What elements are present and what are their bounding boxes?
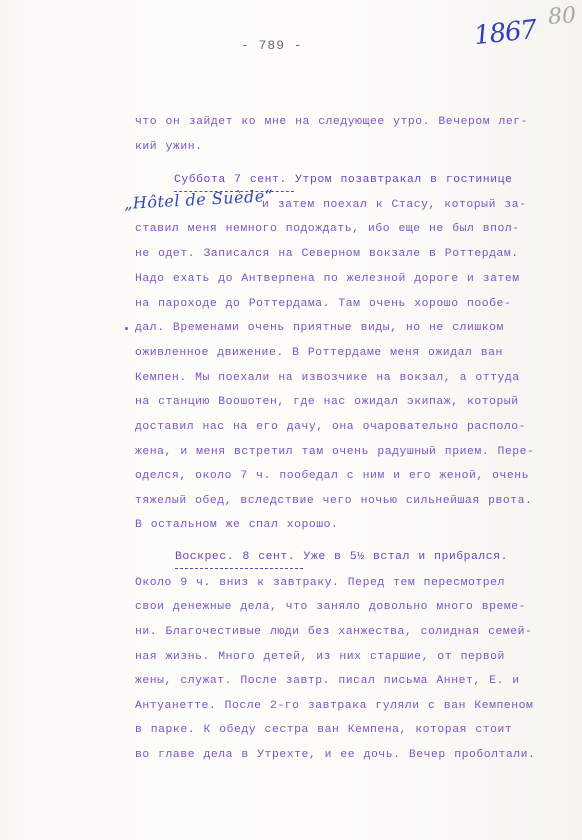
text-line: свои денежные дела, что заняло довольно … xyxy=(135,601,526,613)
entry-date-heading: Суббота 7 сент. Утром позавтракал в гост… xyxy=(174,174,512,186)
text-line: жены, служат. После завтр. писал письма … xyxy=(135,675,520,687)
text-line: ная жизнь. Много детей, из них старшие, … xyxy=(135,651,505,663)
text-line: что он зайдет ко мне на следующее утро. … xyxy=(135,116,528,128)
text-line: доставил нас на его дачу, она очаровател… xyxy=(135,421,526,433)
text-line: Надо ехать до Антверпена по железной дор… xyxy=(135,273,520,285)
text-line: в парке. К обеду сестра ван Кемпена, кот… xyxy=(135,724,512,736)
handwritten-year-annotation: 1867 xyxy=(473,15,538,51)
text-line: не одет. Записался на Северном вокзале в… xyxy=(135,248,519,260)
text-line: Кемпен. Мы поехали на извозчике на вокза… xyxy=(135,372,520,384)
text-line: Антуанетте. После 2-го завтрака гуляли с… xyxy=(135,700,533,712)
text-line: оживленное движение. В Роттердаме меня о… xyxy=(135,347,503,359)
text-line: во главе дела в Утрехте, и ее дочь. Вече… xyxy=(135,749,535,761)
text-line: В остальном же спал хорошо. xyxy=(135,519,338,531)
handwritten-folio-number: 80 xyxy=(547,3,577,30)
text-line: Около 9 ч. вниз к завтраку. Перед тем пе… xyxy=(135,577,505,589)
document-page: - 789 - 1867 80 что он зайдет ко мне на … xyxy=(0,0,582,840)
margin-mark xyxy=(125,327,128,330)
handwritten-hotel-name: „Hôtel de Suède“ xyxy=(124,186,274,213)
entry-date-heading: Воскрес. 8 сент. Уже в 5½ встал и прибра… xyxy=(175,551,508,563)
text-line: ставил меня немного подождать, ибо еще н… xyxy=(135,223,520,235)
text-line: жена, и меня встретил там очень радушный… xyxy=(135,446,534,458)
text-line: на станцию Воошотен, где нас ожидал экип… xyxy=(135,396,519,408)
date-underline xyxy=(175,568,303,569)
text-line: и затем поехал к Стасу, который за- xyxy=(262,199,527,211)
page-number: - 789 - xyxy=(241,38,303,53)
text-line: ни. Благочестивые люди без ханжества, со… xyxy=(135,626,532,638)
text-line: дал. Временами очень приятные виды, но н… xyxy=(135,322,504,334)
text-line: оделся, около 7 ч. пообедал с ним и его … xyxy=(135,470,529,482)
text-line: тяжелый обед, вследствие чего ночью силь… xyxy=(135,495,532,507)
text-line: на пароходе до Роттердама. Там очень хор… xyxy=(135,298,511,310)
text-line: кий ужин. xyxy=(135,141,202,153)
